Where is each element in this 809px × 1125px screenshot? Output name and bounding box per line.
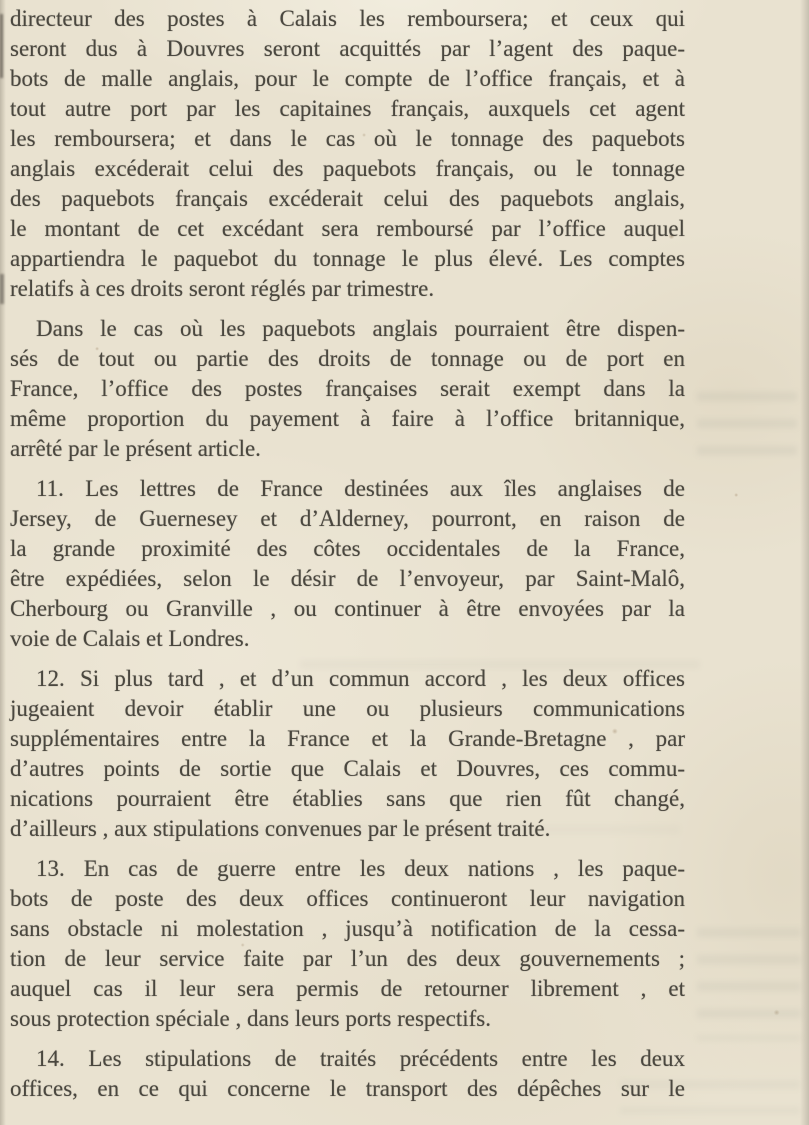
text-line: sés de tout ou partie des droits de tonn… bbox=[10, 344, 685, 374]
page-edge-shadow-left bbox=[0, 0, 6, 1125]
text-line: tion de leur service faite par l’un des … bbox=[10, 944, 685, 974]
scanned-book-page: directeur des postes à Calais les rembou… bbox=[0, 0, 809, 1125]
text-line: des paquebots français excéderait celui … bbox=[10, 184, 685, 214]
text-line: la grande proximité des côtes occidental… bbox=[10, 534, 685, 564]
text-line: Dans le cas où les paquebots anglais pou… bbox=[10, 314, 685, 344]
paragraph: 13. En cas de guerre entre les deux nati… bbox=[10, 854, 685, 1034]
page-edge-shadow-right bbox=[800, 0, 809, 1125]
text-line: les remboursera; et dans le cas où le to… bbox=[10, 124, 685, 154]
text-line: d’ailleurs , aux stipulations convenues … bbox=[10, 814, 685, 844]
text-line: anglais excéderait celui des paquebots f… bbox=[10, 154, 685, 184]
paragraph: Dans le cas où les paquebots anglais pou… bbox=[10, 314, 685, 464]
text-line: offices, en ce qui concerne le transport… bbox=[10, 1074, 685, 1104]
text-line: être expédiées, selon le désir de l’envo… bbox=[10, 564, 685, 594]
text-line: supplémentaires entre la France et la Gr… bbox=[10, 724, 685, 754]
text-line: 14. Les stipulations de traités précéden… bbox=[10, 1044, 685, 1074]
scan-edge-artifact bbox=[0, 14, 3, 78]
text-line: 13. En cas de guerre entre les deux nati… bbox=[10, 854, 685, 884]
text-line: arrêté par le présent article. bbox=[10, 434, 685, 464]
paragraph: 11. Les lettres de France destinées aux … bbox=[10, 474, 685, 654]
text-line: tout autre port par les capitaines franç… bbox=[10, 94, 685, 124]
text-line: directeur des postes à Calais les rembou… bbox=[10, 4, 685, 34]
text-line: sans obstacle ni molestation , jusqu’à n… bbox=[10, 914, 685, 944]
paragraph: 14. Les stipulations de traités précéden… bbox=[10, 1044, 685, 1104]
text-line: appartiendra le paquebot du tonnage le p… bbox=[10, 244, 685, 274]
text-line: auquel cas il leur sera permis de retour… bbox=[10, 974, 685, 1004]
text-line: Cherbourg ou Granville , ou continuer à … bbox=[10, 594, 685, 624]
text-line: 12. Si plus tard , et d’un commun accord… bbox=[10, 664, 685, 694]
ink-bleed-through-artifact bbox=[697, 392, 797, 472]
paragraph: directeur des postes à Calais les rembou… bbox=[10, 4, 685, 304]
text-line: bots de malle anglais, pour le compte de… bbox=[10, 64, 685, 94]
ink-bleed-through-artifact bbox=[697, 928, 801, 1040]
page-text-block: directeur des postes à Calais les rembou… bbox=[10, 4, 685, 1104]
text-line: voie de Calais et Londres. bbox=[10, 624, 685, 654]
text-line: seront dus à Douvres seront acquittés pa… bbox=[10, 34, 685, 64]
text-line: Jersey, de Guernesey et d’Alderney, pour… bbox=[10, 504, 685, 534]
text-line: nications pourraient être établies sans … bbox=[10, 784, 685, 814]
text-line: sous protection spéciale , dans leurs po… bbox=[10, 1004, 685, 1034]
text-line: jugeaient devoir établir une ou plusieur… bbox=[10, 694, 685, 724]
scan-edge-artifact bbox=[0, 274, 4, 304]
text-line: le montant de cet excédant sera rembours… bbox=[10, 214, 685, 244]
text-line: d’autres points de sortie que Calais et … bbox=[10, 754, 685, 784]
text-line: France, l’office des postes françaises s… bbox=[10, 374, 685, 404]
paragraph: 12. Si plus tard , et d’un commun accord… bbox=[10, 664, 685, 844]
text-line: même proportion du payement à faire à l’… bbox=[10, 404, 685, 434]
text-line: relatifs à ces droits seront réglés par … bbox=[10, 274, 685, 304]
text-line: 11. Les lettres de France destinées aux … bbox=[10, 474, 685, 504]
text-line: bots de poste des deux offices continuer… bbox=[10, 884, 685, 914]
